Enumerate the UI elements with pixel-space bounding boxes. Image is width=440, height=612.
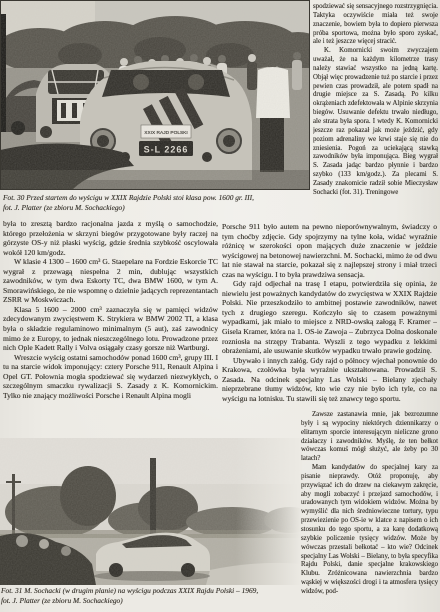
scanned-book-page: XXIX RAJD POLSKI S-L 2266 Fot. 30 Przed …: [0, 0, 440, 612]
right-column-top: spodziewać się sensacyjnego rozstrzygnię…: [313, 3, 438, 222]
caption-photo-31-line2: fot. J. Platter (ze zbioru M. Sochackieg…: [1, 596, 306, 606]
caption-photo-30-line2: fot. J. Platter (ze zbioru M. Sochackieg…: [3, 203, 304, 213]
body-paragraph: Gdy rajd odjechał na trasę I etapu, potw…: [222, 279, 437, 355]
body-paragraph: Klasa 5 1600 – 2000 cm³ zaznaczyła się w…: [3, 305, 218, 353]
left-column: była to zresztą bardzo racjonalna jazda …: [3, 219, 218, 443]
body-paragraph: była to zresztą bardzo racjonalna jazda …: [3, 219, 218, 257]
body-paragraph: K. Komornicki swoim zwyczajem uważał, że…: [313, 47, 438, 197]
right-column-middle: Porsche 911 było autem na pewno nieporów…: [222, 222, 437, 440]
right-column-bottom: Zawsze zastanawia mnie, jak bezrozumne b…: [301, 411, 438, 612]
body-paragraph: Zawsze zastanawia mnie, jak bezrozumne b…: [301, 411, 438, 464]
caption-photo-30-line1: Fot. 30 Przed startem do wyścigu w XXIX …: [3, 193, 304, 203]
photo-airfield-race: [0, 438, 302, 585]
caption-photo-31: Fot. 31 M. Sochacki (w drugim planie) na…: [1, 586, 306, 606]
body-paragraph: Mam kandydatów do specjalnej kary za pis…: [301, 464, 438, 597]
photo-rally-start: XXIX RAJD POLSKI S-L 2266: [0, 0, 310, 190]
caption-photo-31-line1: Fot. 31 M. Sochacki (w drugim planie) na…: [1, 586, 306, 596]
body-paragraph: Porsche 911 było autem na pewno nieporów…: [222, 222, 437, 279]
film-grain: [0, 0, 310, 190]
scan-fade: [236, 438, 302, 585]
photo-airfield-race-illustration: [0, 438, 302, 585]
body-paragraph: spodziewać się sensacyjnego rozstrzygnię…: [313, 3, 438, 47]
body-paragraph: W klasie 4 1300 – 1600 cm³ G. Staepelare…: [3, 257, 218, 305]
photo-rally-start-illustration: XXIX RAJD POLSKI S-L 2266: [0, 0, 310, 190]
body-paragraph: Wreszcie wyścig ostatni samochodów ponad…: [3, 353, 218, 401]
caption-photo-30: Fot. 30 Przed startem do wyścigu w XXIX …: [3, 193, 304, 213]
body-paragraph: Ubywało i innych załóg. Gdy rajd o półno…: [222, 356, 437, 404]
